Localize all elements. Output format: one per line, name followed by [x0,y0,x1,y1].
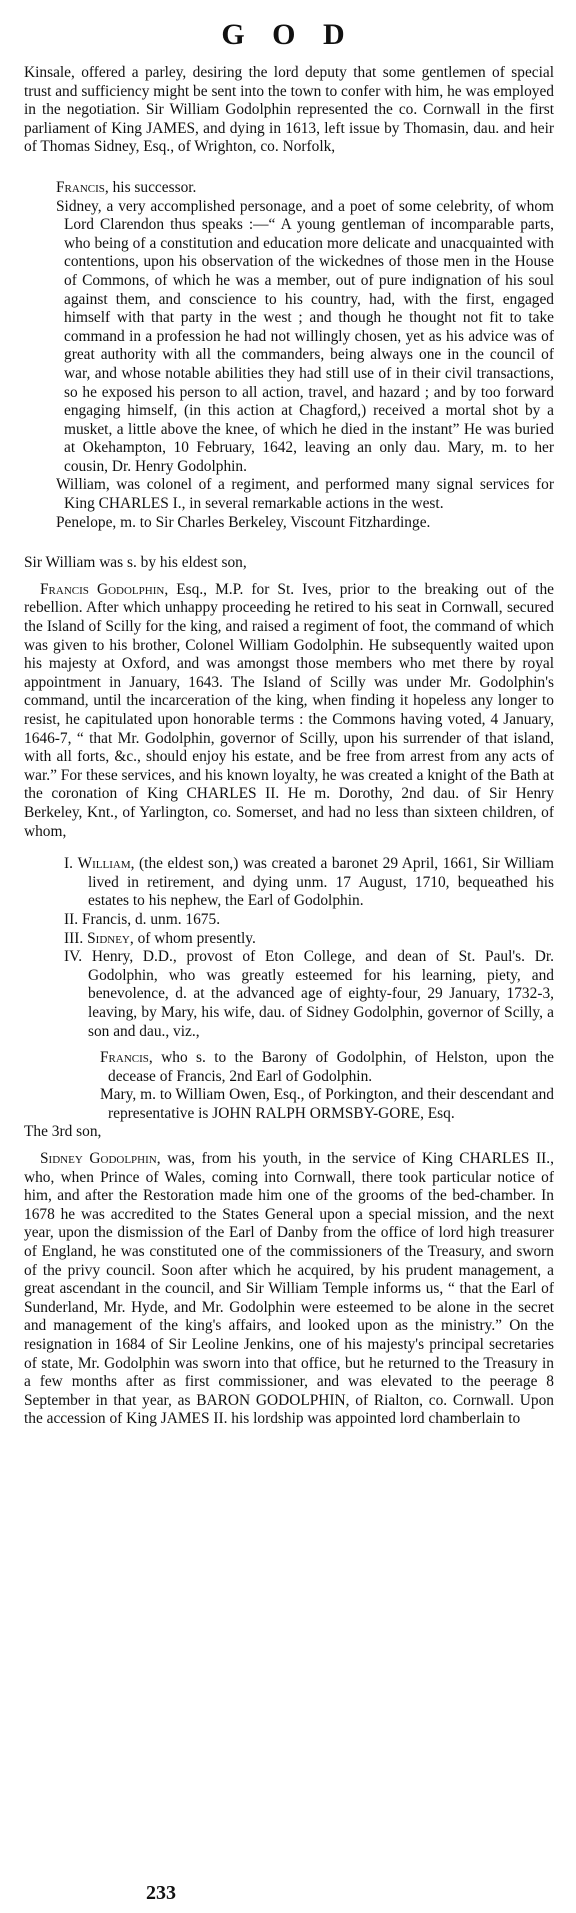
running-head: G O D [0,18,576,52]
person-name: Francis Godolphin [40,581,164,598]
page-body: Kinsale, offered a parley, desiring the … [24,64,554,1429]
person-name: Sidney Godolphin [40,1150,157,1167]
son-entry-4: IV. Henry, D.D., provost of Eton College… [40,948,554,1041]
child-name: Sidney [56,198,98,215]
son-entry-2: II. Francis, d. unm. 1675. [40,911,554,930]
grandchild-entry-mary: Mary, m. to William Owen, Esq., of Porki… [64,1086,554,1123]
grandchild-entry-francis: Francis, who s. to the Barony of Godolph… [64,1049,554,1086]
paragraph-sidney-godolphin: Sidney Godolphin, was, from his youth, i… [24,1150,554,1429]
paragraph-third-son: The 3rd son, [24,1123,554,1142]
child-name: Francis [56,179,105,196]
paragraph-kinsale: Kinsale, offered a parley, desiring the … [24,64,554,157]
paragraph-francis-godolphin: Francis Godolphin, Esq., M.P. for St. Iv… [24,581,554,841]
child-entry-william: William, was colonel of a regiment, and … [40,476,554,513]
son-entry-1: I. William, (the eldest son,) was create… [40,855,554,911]
child-entry-francis: Francis, his successor. [40,179,554,198]
paragraph-succession: Sir William was s. by his eldest son, [24,554,554,573]
child-entry-penelope: Penelope, m. to Sir Charles Berkeley, Vi… [40,514,554,533]
child-name: Penelope [56,514,112,531]
page-number: 233 [146,1882,176,1905]
child-entry-sidney: Sidney, a very accomplished personage, a… [40,198,554,477]
son-entry-3: III. Sidney, of whom presently. [40,930,554,949]
child-name: William [56,476,106,493]
